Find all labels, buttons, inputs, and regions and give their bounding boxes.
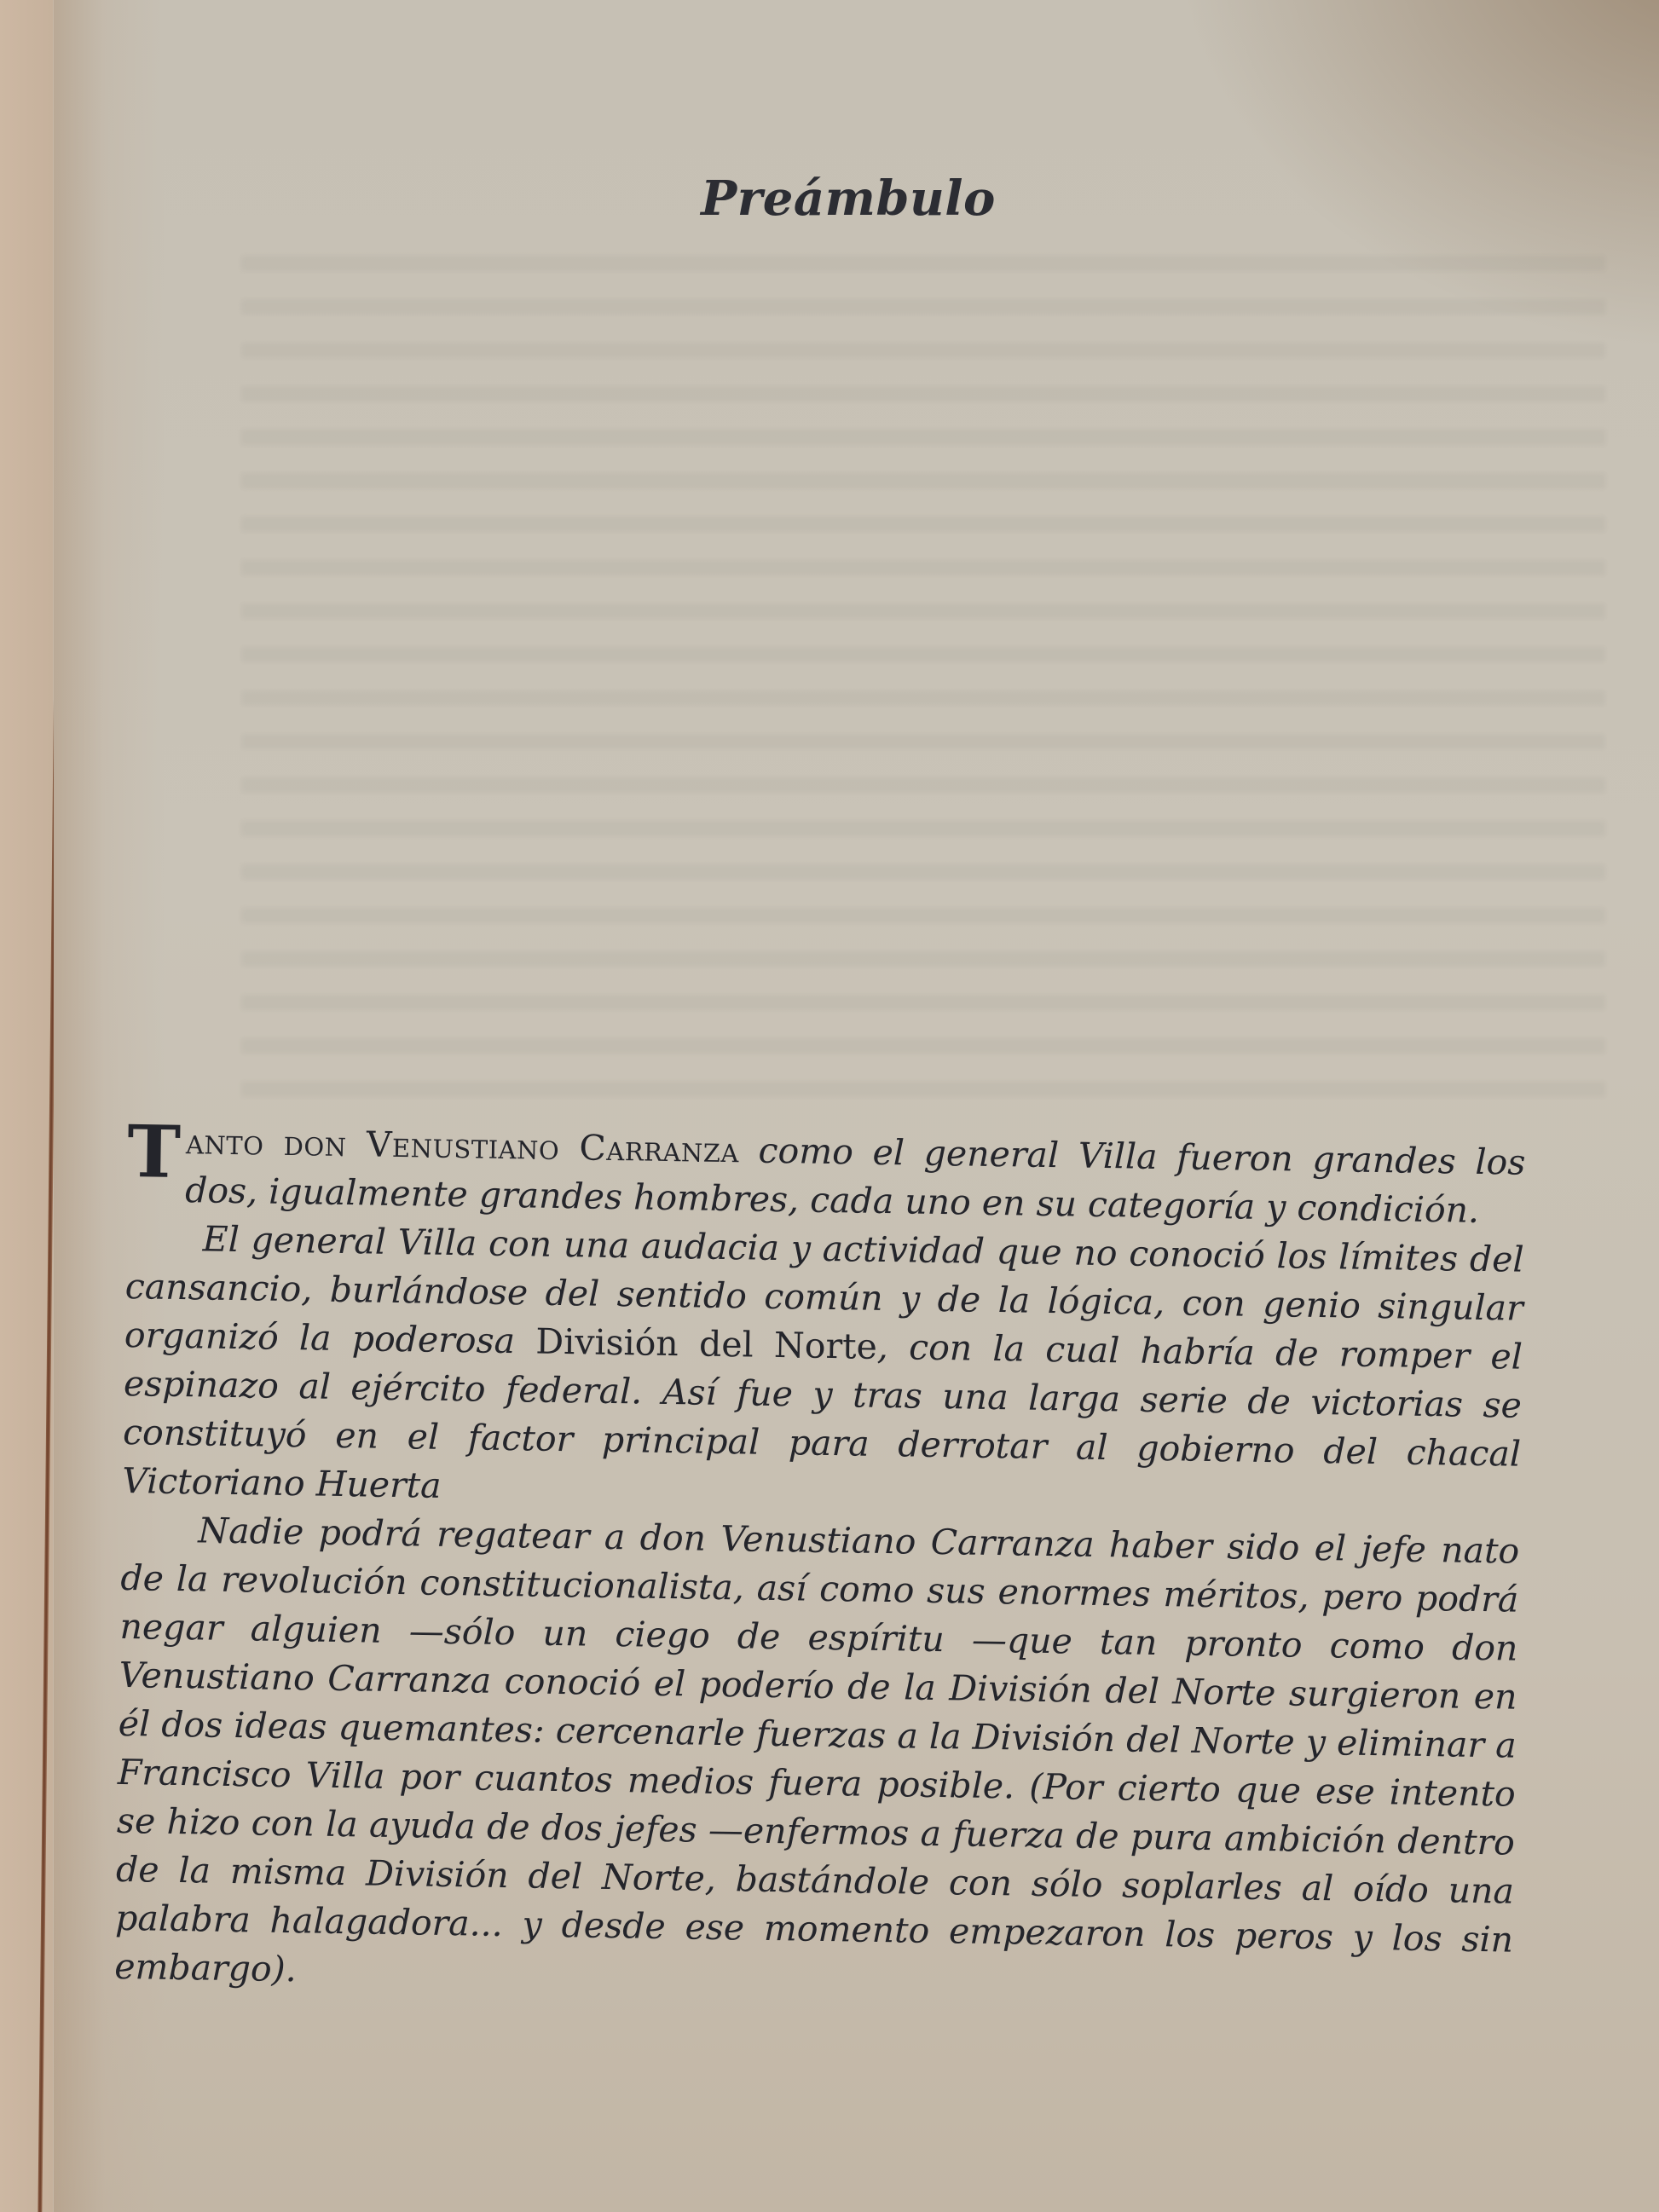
paragraph-2: El general Villa con una audacia y activ… <box>122 1214 1524 1528</box>
body-text: Tanto don Venustiano Carranza como el ge… <box>114 1117 1526 2013</box>
paragraph-3: Nadie podrá regatear a don Venustiano Ca… <box>114 1505 1520 2013</box>
lead-in-smallcaps: anto don Venustiano Carranza <box>186 1121 740 1170</box>
drop-cap: T <box>127 1120 182 1184</box>
show-through-text <box>241 256 1605 1108</box>
chapter-title: Preámbulo <box>0 170 1659 227</box>
paragraph-3-text: Nadie podrá regatear a don Venustiano Ca… <box>114 1510 1520 1990</box>
paragraph-2-division-del-norte: División del Norte <box>535 1321 877 1367</box>
